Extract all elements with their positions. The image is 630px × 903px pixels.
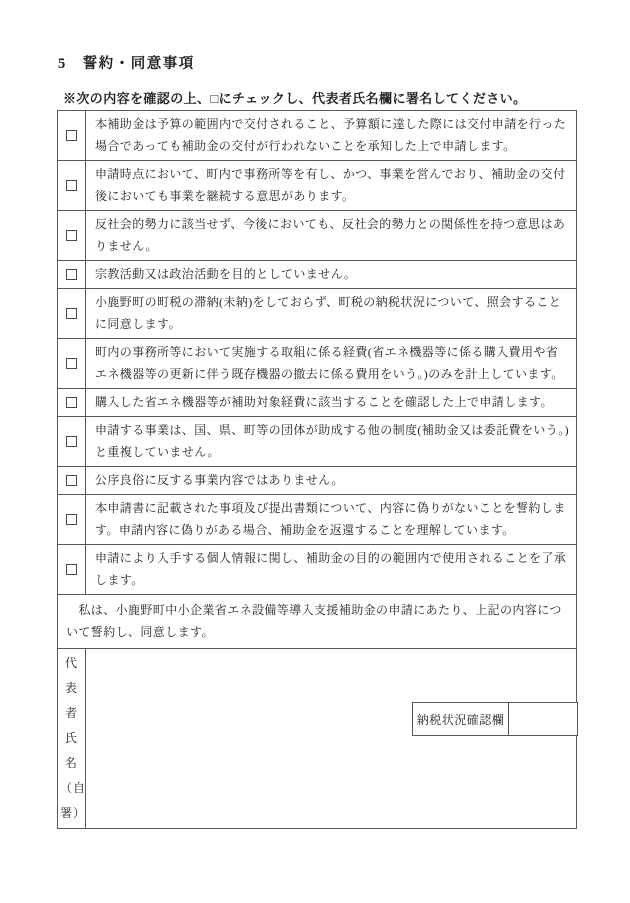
signature-input-area[interactable] <box>86 649 577 829</box>
document-page: 5 誓約・同意事項 ※次の内容を確認の上、□にチェックし、代表者氏名欄に署名して… <box>0 0 630 903</box>
pledge-checkbox[interactable] <box>66 475 77 486</box>
pledge-text: 公序良俗に反する事業内容ではありません。 <box>86 467 577 495</box>
checkbox-cell <box>58 495 86 545</box>
pledge-checkbox[interactable] <box>66 514 77 525</box>
checkbox-cell <box>58 289 86 339</box>
pledge-row: 本補助金は予算の範囲内で交付されること、予算額に達した際には交付申請を行った場合… <box>58 111 577 161</box>
pledge-row: 宗教活動又は政治活動を目的としていません。 <box>58 261 577 289</box>
checkbox-cell <box>58 161 86 211</box>
pledge-row: 反社会的勢力に該当せず、今後においても、反社会的勢力との関係性を持つ意思はありま… <box>58 211 577 261</box>
pledge-checkbox[interactable] <box>66 130 77 141</box>
pledge-checkbox[interactable] <box>66 397 77 408</box>
pledge-row: 申請時点において、町内で事務所等を有し、かつ、事業を営んでおり、補助金の交付後に… <box>58 161 577 211</box>
instruction-text: ※次の内容を確認の上、□にチェックし、代表者氏名欄に署名してください。 <box>63 88 526 107</box>
pledge-text: 本補助金は予算の範囲内で交付されること、予算額に達した際には交付申請を行った場合… <box>86 111 577 161</box>
pledge-checkbox[interactable] <box>66 230 77 241</box>
pledge-checkbox[interactable] <box>66 436 77 447</box>
signature-label-line: （自署） <box>60 776 83 826</box>
checkbox-cell <box>58 339 86 389</box>
checkbox-cell <box>58 211 86 261</box>
pledge-checkbox[interactable] <box>66 308 77 319</box>
pledge-text: 本申請書に記載された事項及び提出書類について、内容に偽りがないことを誓約します。… <box>86 495 577 545</box>
checkbox-cell <box>58 417 86 467</box>
pledge-row: 申請する事業は、国、県、町等の団体が助成する他の制度(補助金又は委託費をいう。)… <box>58 417 577 467</box>
signature-row: 代表者氏名（自署） <box>58 649 577 829</box>
checkbox-cell <box>58 389 86 417</box>
pledge-text: 購入した省エネ機器等が補助対象経費に該当することを確認した上で申請します。 <box>86 389 577 417</box>
declaration-row: 私は、小鹿野町中小企業省エネ設備等導入支援補助金の申請にあたり、上記の内容につい… <box>58 595 577 649</box>
pledge-text: 申請時点において、町内で事務所等を有し、かつ、事業を営んでおり、補助金の交付後に… <box>86 161 577 211</box>
pledge-checkbox[interactable] <box>66 358 77 369</box>
pledge-row: 購入した省エネ機器等が補助対象経費に該当することを確認した上で申請します。 <box>58 389 577 417</box>
pledge-checkbox[interactable] <box>66 180 77 191</box>
signature-label-line: 代表者氏名 <box>60 651 83 776</box>
pledge-row: 小鹿野町の町税の滞納(未納)をしておらず、町税の納税状況について、照会することに… <box>58 289 577 339</box>
pledge-text: 小鹿野町の町税の滞納(未納)をしておらず、町税の納税状況について、照会することに… <box>86 289 577 339</box>
tax-confirmation-box: 納税状況確認欄 <box>412 702 578 736</box>
signature-label: 代表者氏名（自署） <box>58 649 86 829</box>
section-heading: 5 誓約・同意事項 <box>58 52 195 73</box>
pledge-checkbox[interactable] <box>66 269 77 280</box>
pledge-text: 町内の事務所等において実施する取組に係る経費(省エネ機器等に係る購入費用や省エネ… <box>86 339 577 389</box>
checkbox-cell <box>58 261 86 289</box>
tax-confirmation-label: 納税状況確認欄 <box>413 703 509 735</box>
pledge-text: 申請する事業は、国、県、町等の団体が助成する他の制度(補助金又は委託費をいう。)… <box>86 417 577 467</box>
pledge-text: 申請により入手する個人情報に関し、補助金の目的の範囲内で使用されることを了承しま… <box>86 545 577 595</box>
pledge-text: 反社会的勢力に該当せず、今後においても、反社会的勢力との関係性を持つ意思はありま… <box>86 211 577 261</box>
pledge-row: 町内の事務所等において実施する取組に係る経費(省エネ機器等に係る購入費用や省エネ… <box>58 339 577 389</box>
pledge-checkbox[interactable] <box>66 564 77 575</box>
pledge-text: 宗教活動又は政治活動を目的としていません。 <box>86 261 577 289</box>
declaration-text: 私は、小鹿野町中小企業省エネ設備等導入支援補助金の申請にあたり、上記の内容につい… <box>58 595 577 649</box>
checkbox-cell <box>58 111 86 161</box>
pledge-row: 申請により入手する個人情報に関し、補助金の目的の範囲内で使用されることを了承しま… <box>58 545 577 595</box>
checkbox-cell <box>58 545 86 595</box>
tax-confirmation-value-cell <box>509 703 577 735</box>
checkbox-cell <box>58 467 86 495</box>
pledge-row: 公序良俗に反する事業内容ではありません。 <box>58 467 577 495</box>
pledge-row: 本申請書に記載された事項及び提出書類について、内容に偽りがないことを誓約します。… <box>58 495 577 545</box>
